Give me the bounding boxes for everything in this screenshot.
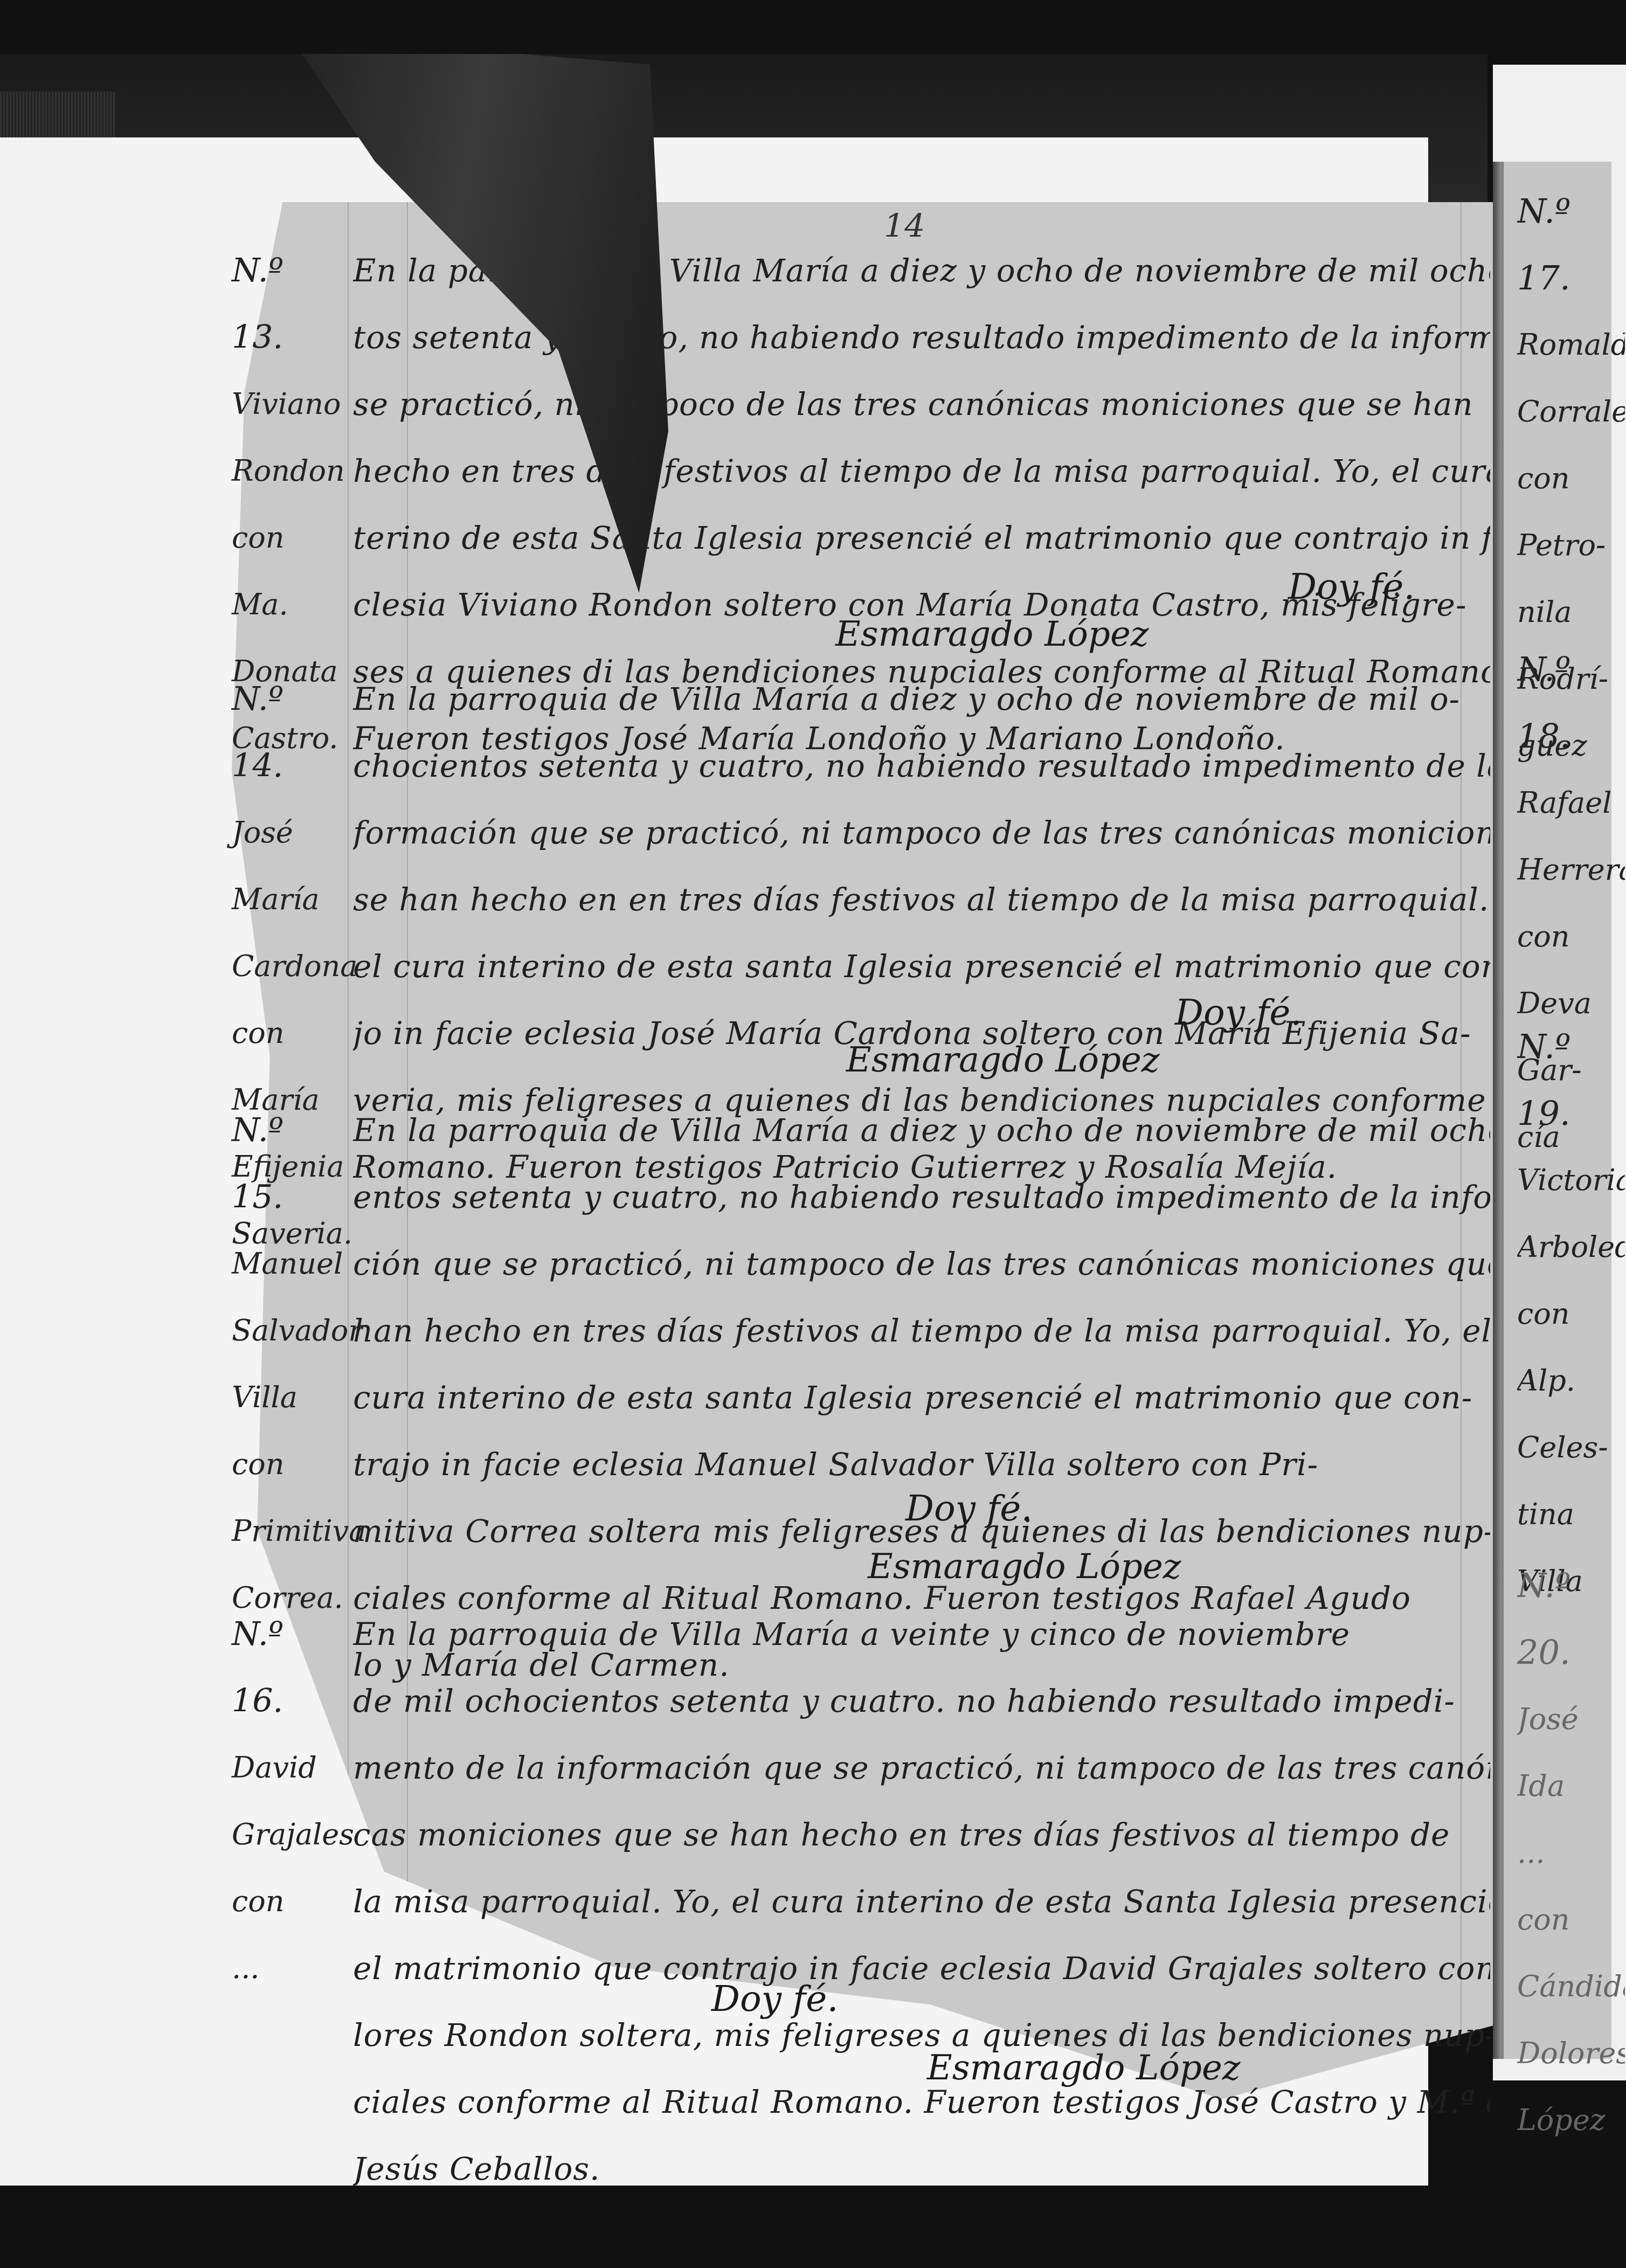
text-line: chocientos setenta y cuatro, no habiendo…: [353, 732, 1490, 799]
entry-margin: N.º 16. David Grajales con ...: [232, 1601, 323, 2002]
text-line: mento de la información que se practicó,…: [353, 1734, 1490, 1801]
margin-name: David: [232, 1734, 323, 1801]
margin-name: Viviano: [232, 371, 323, 438]
register-entry-13: N.º 13. Viviano Rondon con Ma. Donata Ca…: [232, 237, 1504, 679]
margin-name: Primitiva: [232, 1498, 323, 1565]
text-line: se practicó, ni tampoco de las tres canó…: [353, 371, 1490, 438]
text-line: se han hecho en en tres días festivos al…: [353, 866, 1490, 933]
margin-name: con Alp.: [1517, 1281, 1625, 1414]
text-line: cura interino de esta santa Iglesia pres…: [353, 1364, 1490, 1431]
attestation: Doy fé.: [1175, 992, 1302, 1033]
entry-number: N.º 15.: [232, 1097, 323, 1230]
entry-number: N.º 18.: [1517, 636, 1625, 770]
margin-name: ...: [1517, 1820, 1625, 1886]
entry-number: N.º 17.: [1517, 178, 1625, 312]
facing-entry-20: N.º 20. José Ida ... con Cándida Dolores…: [1517, 1552, 1625, 2154]
margin-name: Rafael: [1517, 770, 1625, 836]
margin-name: Rondon: [232, 438, 323, 504]
margin-name: Victoria: [1517, 1147, 1625, 1214]
margin-name: Romaldo: [1517, 312, 1625, 378]
margin-name: con: [1517, 1886, 1625, 1953]
text-line: el matrimonio que contrajo in facie ecle…: [353, 1935, 1490, 2002]
entry-number: N.º 19.: [1517, 1013, 1625, 1147]
priest-signature: Esmaragdo López: [846, 1040, 1160, 1080]
priest-signature: Esmaragdo López: [835, 614, 1149, 654]
text-line: el cura interino de esta santa Iglesia p…: [353, 933, 1490, 1000]
margin-name: ...: [232, 1935, 323, 2002]
margin-name: Villa con: [232, 1364, 323, 1498]
text-line: la misa parroquial. Yo, el cura interino…: [353, 1868, 1490, 1935]
entry-number: N.º 16.: [232, 1601, 323, 1734]
margin-name: Manuel: [232, 1230, 323, 1297]
priest-signature: Esmaragdo López: [868, 1547, 1181, 1587]
margin-name: Grajales: [232, 1801, 323, 1868]
entry-margin: N.º 15. Manuel Salvador Villa con Primit…: [232, 1097, 323, 1631]
text-line: En la parroquia de Villa María a diez y …: [353, 1097, 1490, 1164]
text-line: cas moniciones que se han hecho en tres …: [353, 1801, 1490, 1868]
margin-name: Cardona: [232, 933, 323, 1000]
margin-name: con: [232, 1868, 323, 1935]
margin-name: Corrales: [1517, 378, 1625, 445]
margin-name: Arboleda: [1517, 1214, 1625, 1281]
margin-name: con Petro-: [1517, 445, 1625, 579]
entry-number: N.º 14.: [232, 666, 323, 799]
text-line: ción que se practicó, ni tampoco de las …: [353, 1230, 1490, 1297]
margin-name: con Ma.: [232, 504, 323, 638]
text-line: En la parroquia de Villa María a diez y …: [353, 666, 1490, 732]
text-line: entos setenta y cuatro, no habiendo resu…: [353, 1164, 1490, 1230]
attestation: Doy fé.: [711, 1978, 838, 2020]
margin-name: Celes-: [1517, 1414, 1625, 1481]
text-line: terino de esta Santa Iglesia presencié e…: [353, 504, 1490, 571]
text-line: hecho en tres días festivos al tiempo de…: [353, 438, 1490, 504]
text-line: ciales conforme al Ritual Romano. Fueron…: [353, 2069, 1490, 2135]
margin-name: Cándida: [1517, 1953, 1625, 2020]
margin-name: López: [1517, 2087, 1625, 2154]
margin-name: Dolores: [1517, 2020, 1625, 2087]
register-entry-15: N.º 15. Manuel Salvador Villa con Primit…: [232, 1097, 1504, 1582]
margin-name: Salvador: [232, 1297, 323, 1364]
text-line: lores Rondon soltera, mis feligreses a q…: [353, 2002, 1490, 2069]
margin-name: Herrera: [1517, 836, 1625, 903]
facing-entry-19: N.º 19. Victoria Arboleda con Alp. Celes…: [1517, 1013, 1625, 1615]
text-line: han hecho en tres días festivos al tiemp…: [353, 1297, 1490, 1364]
attestation: Doy fé.: [905, 1488, 1032, 1529]
text-line: En la parroquia de Villa María a veinte …: [353, 1601, 1490, 1668]
text-line: formación que se practicó, ni tampoco de…: [353, 799, 1490, 866]
text-line: de mil ochocientos setenta y cuatro. no …: [353, 1668, 1490, 1734]
priest-signature: Esmaragdo López: [927, 2048, 1241, 2088]
entry-number: N.º 13.: [232, 237, 323, 371]
text-line: Jesús Ceballos.: [353, 2135, 1490, 2202]
margin-name: José María: [232, 799, 323, 933]
register-entry-16: N.º 16. David Grajales con ... En la par…: [232, 1601, 1504, 2086]
entry-number: N.º 20.: [1517, 1552, 1625, 1686]
attestation: Doy fé.: [1288, 566, 1415, 607]
margin-name: José Ida: [1517, 1686, 1625, 1820]
entry-text: En la parroquia de Villa María a veinte …: [353, 1601, 1490, 2202]
